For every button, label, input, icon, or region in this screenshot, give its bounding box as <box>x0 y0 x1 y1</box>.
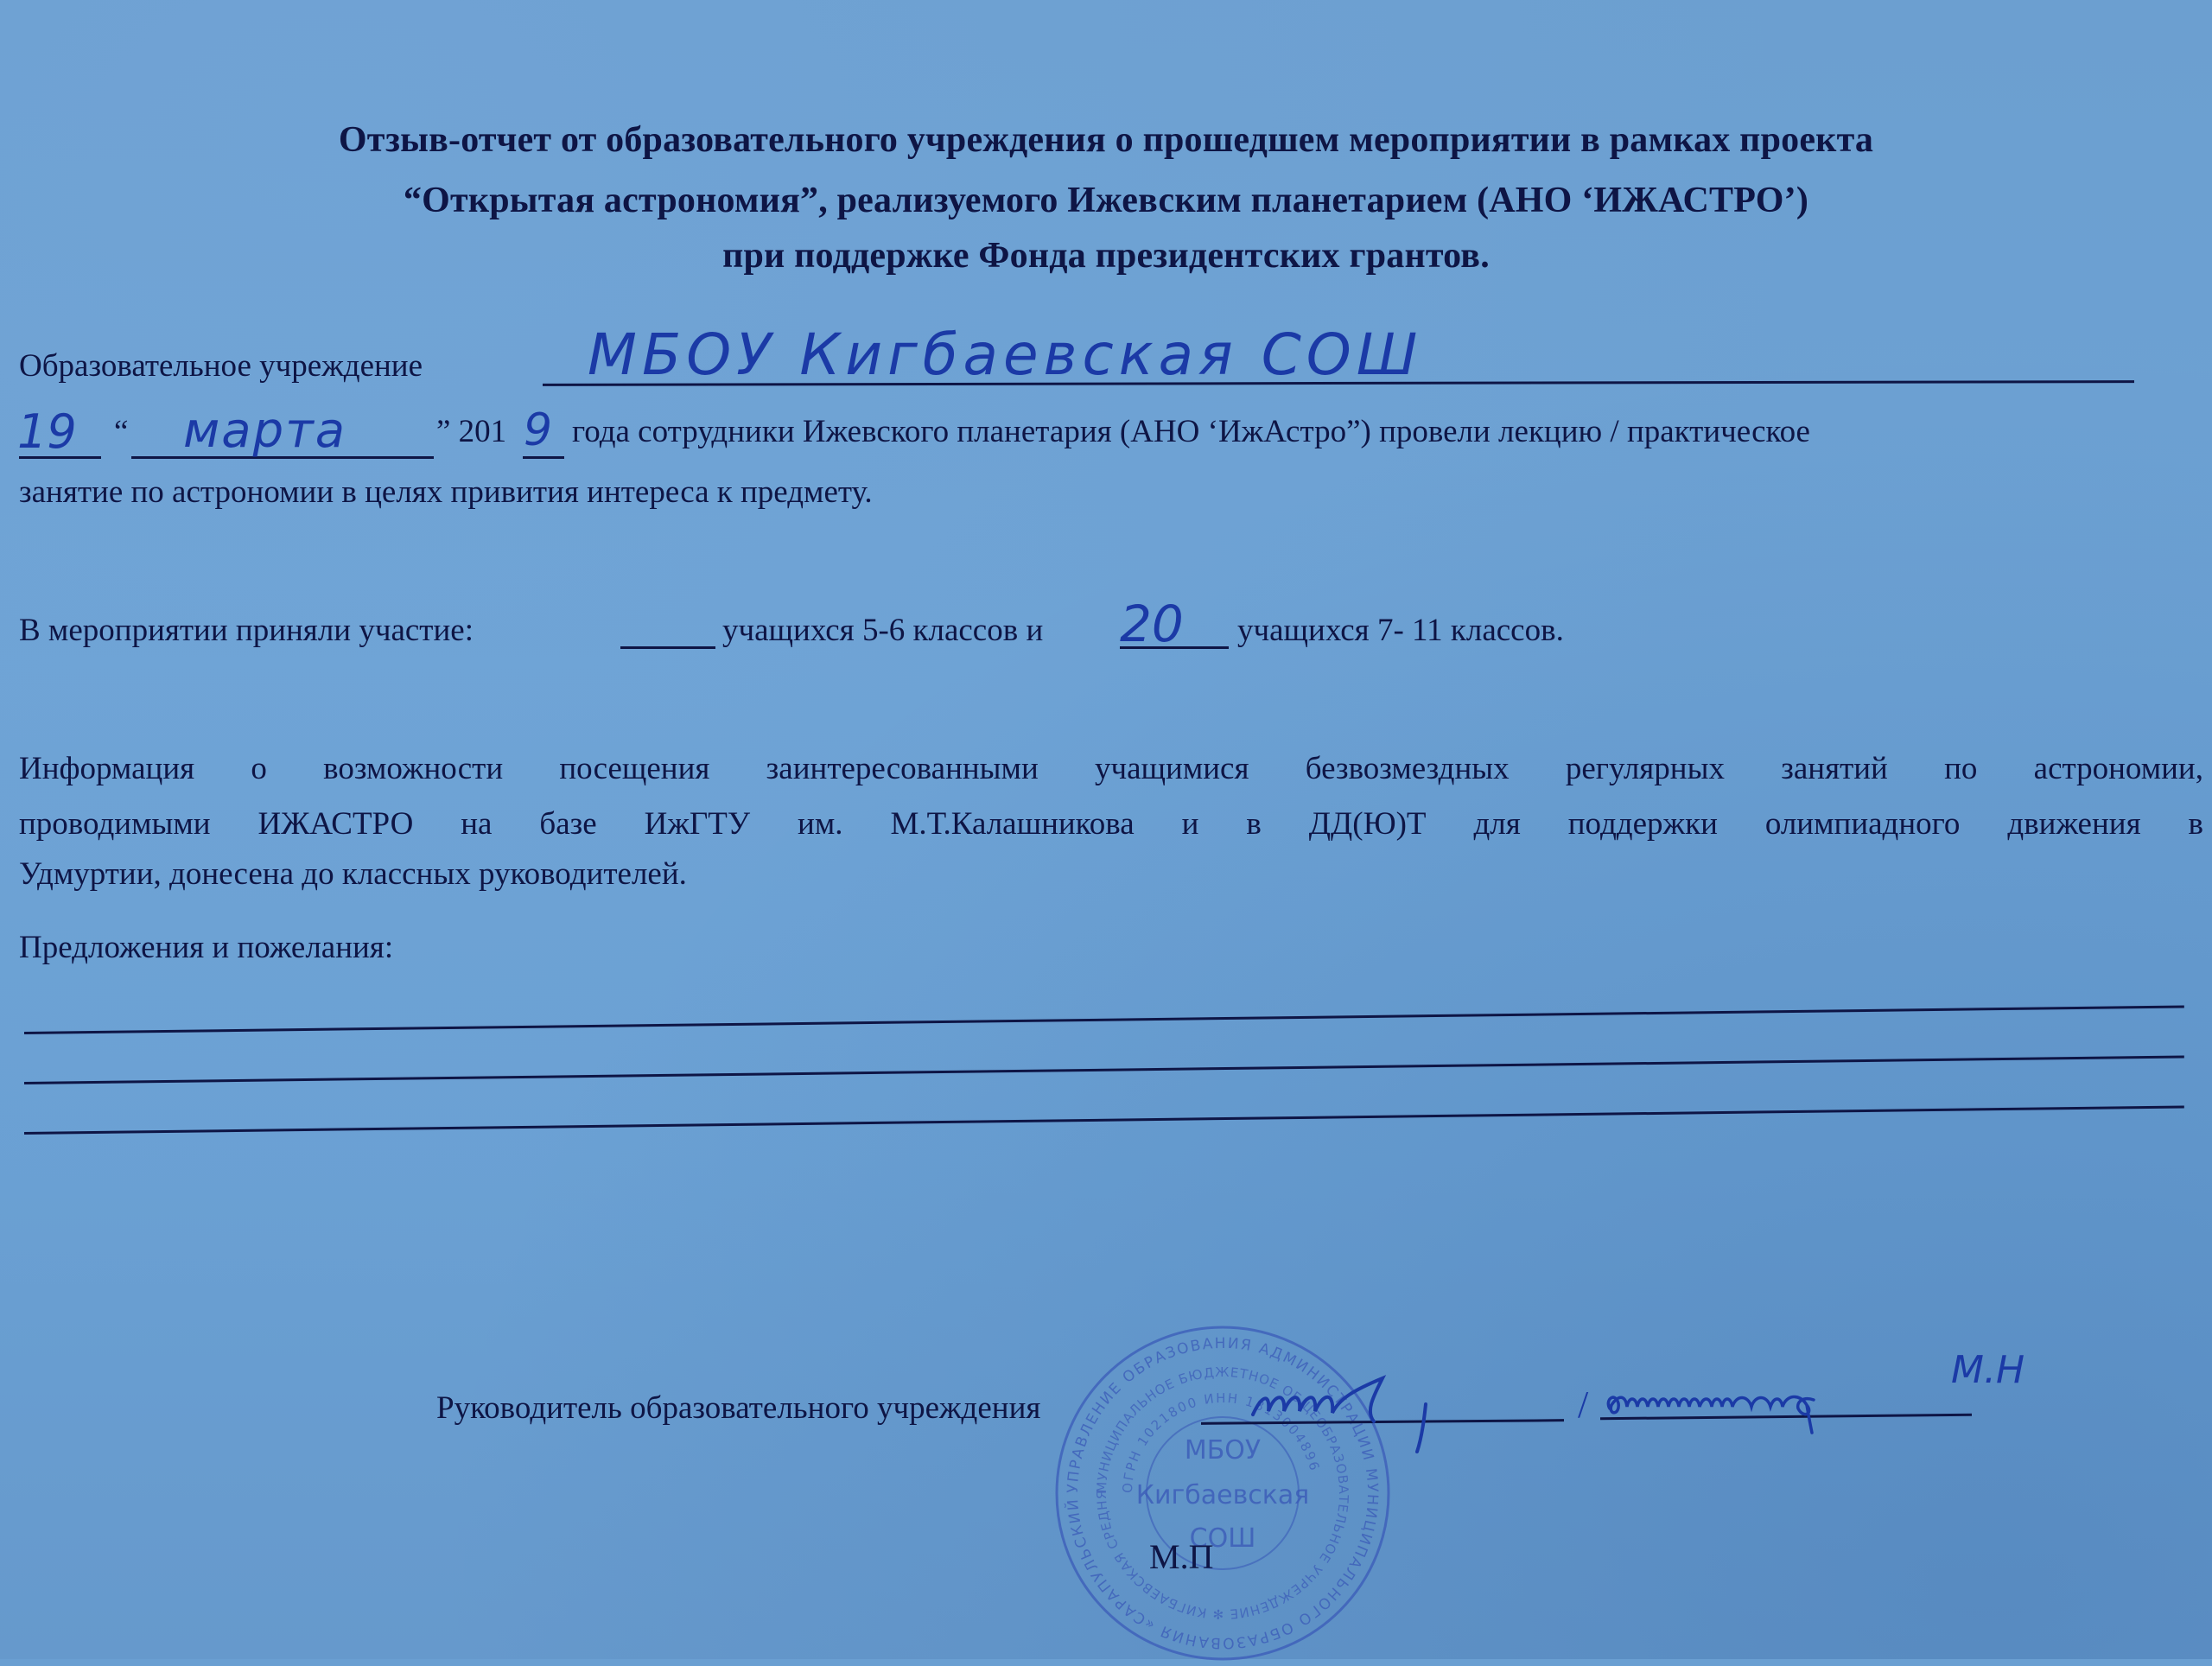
document-page: Отзыв-отчет от образовательного учрежден… <box>0 0 2212 1659</box>
info-paragraph-line-2: проводимыми ИЖАСТРО на базе ИжГТУ им. М.… <box>19 805 2203 843</box>
stamp-center-line-2: Кигбаевская <box>1136 1480 1310 1510</box>
signature-label: Руководитель образовательного учреждения <box>436 1389 1040 1427</box>
date-line-text: года сотрудники Ижевского планетария (АН… <box>572 413 1810 450</box>
suggestions-line-2[interactable] <box>24 1055 2184 1084</box>
grade-5-6-count-field[interactable] <box>620 646 715 649</box>
suggestions-line-1[interactable] <box>24 1005 2184 1034</box>
open-quote: “ <box>114 413 128 450</box>
document-title-line-2: “Открытая астрономия”, реализуемого Ижев… <box>0 180 2212 221</box>
month-field-value[interactable]: марта <box>183 403 346 459</box>
date-line-continuation: занятие по астрономии в целях привития и… <box>19 474 873 511</box>
info-paragraph-line-3: Удмуртии, донесена до классных руководит… <box>19 855 687 893</box>
grade-7-11-text: учащихся 7- 11 классов. <box>1237 612 1564 649</box>
suggestions-label: Предложения и пожелания: <box>19 929 393 966</box>
year-digit-value[interactable]: 9 <box>524 404 552 456</box>
day-field-value[interactable]: 19 <box>17 404 77 459</box>
document-title-line-1: Отзыв-отчет от образовательного учрежден… <box>0 119 2212 161</box>
institution-field-value[interactable]: МБОУ Кигбаевская СОШ <box>588 321 1422 388</box>
year-digit-underline <box>523 456 564 459</box>
suggestions-line-3[interactable] <box>24 1105 2184 1135</box>
handwritten-signature <box>1244 1361 1460 1456</box>
year-prefix: ” 201 <box>436 413 506 450</box>
grade-7-11-count-value[interactable]: 20 <box>1120 595 1184 653</box>
participation-label: В мероприятии приняли участие: <box>19 612 474 649</box>
institution-label: Образовательное учреждение <box>19 347 423 385</box>
document-title-line-3: при поддержке Фонда президентских гранто… <box>0 235 2212 277</box>
grade-5-6-text: учащихся 5-6 классов и <box>722 612 1043 649</box>
signatory-initials: М.Н <box>1951 1348 2024 1392</box>
signature-separator: / <box>1578 1383 1588 1427</box>
stamp-place-label: М.П <box>1149 1536 1213 1577</box>
info-paragraph-line-1: Информация о возможности посещения заинт… <box>19 750 2203 787</box>
handwritten-surname <box>1603 1365 1888 1434</box>
